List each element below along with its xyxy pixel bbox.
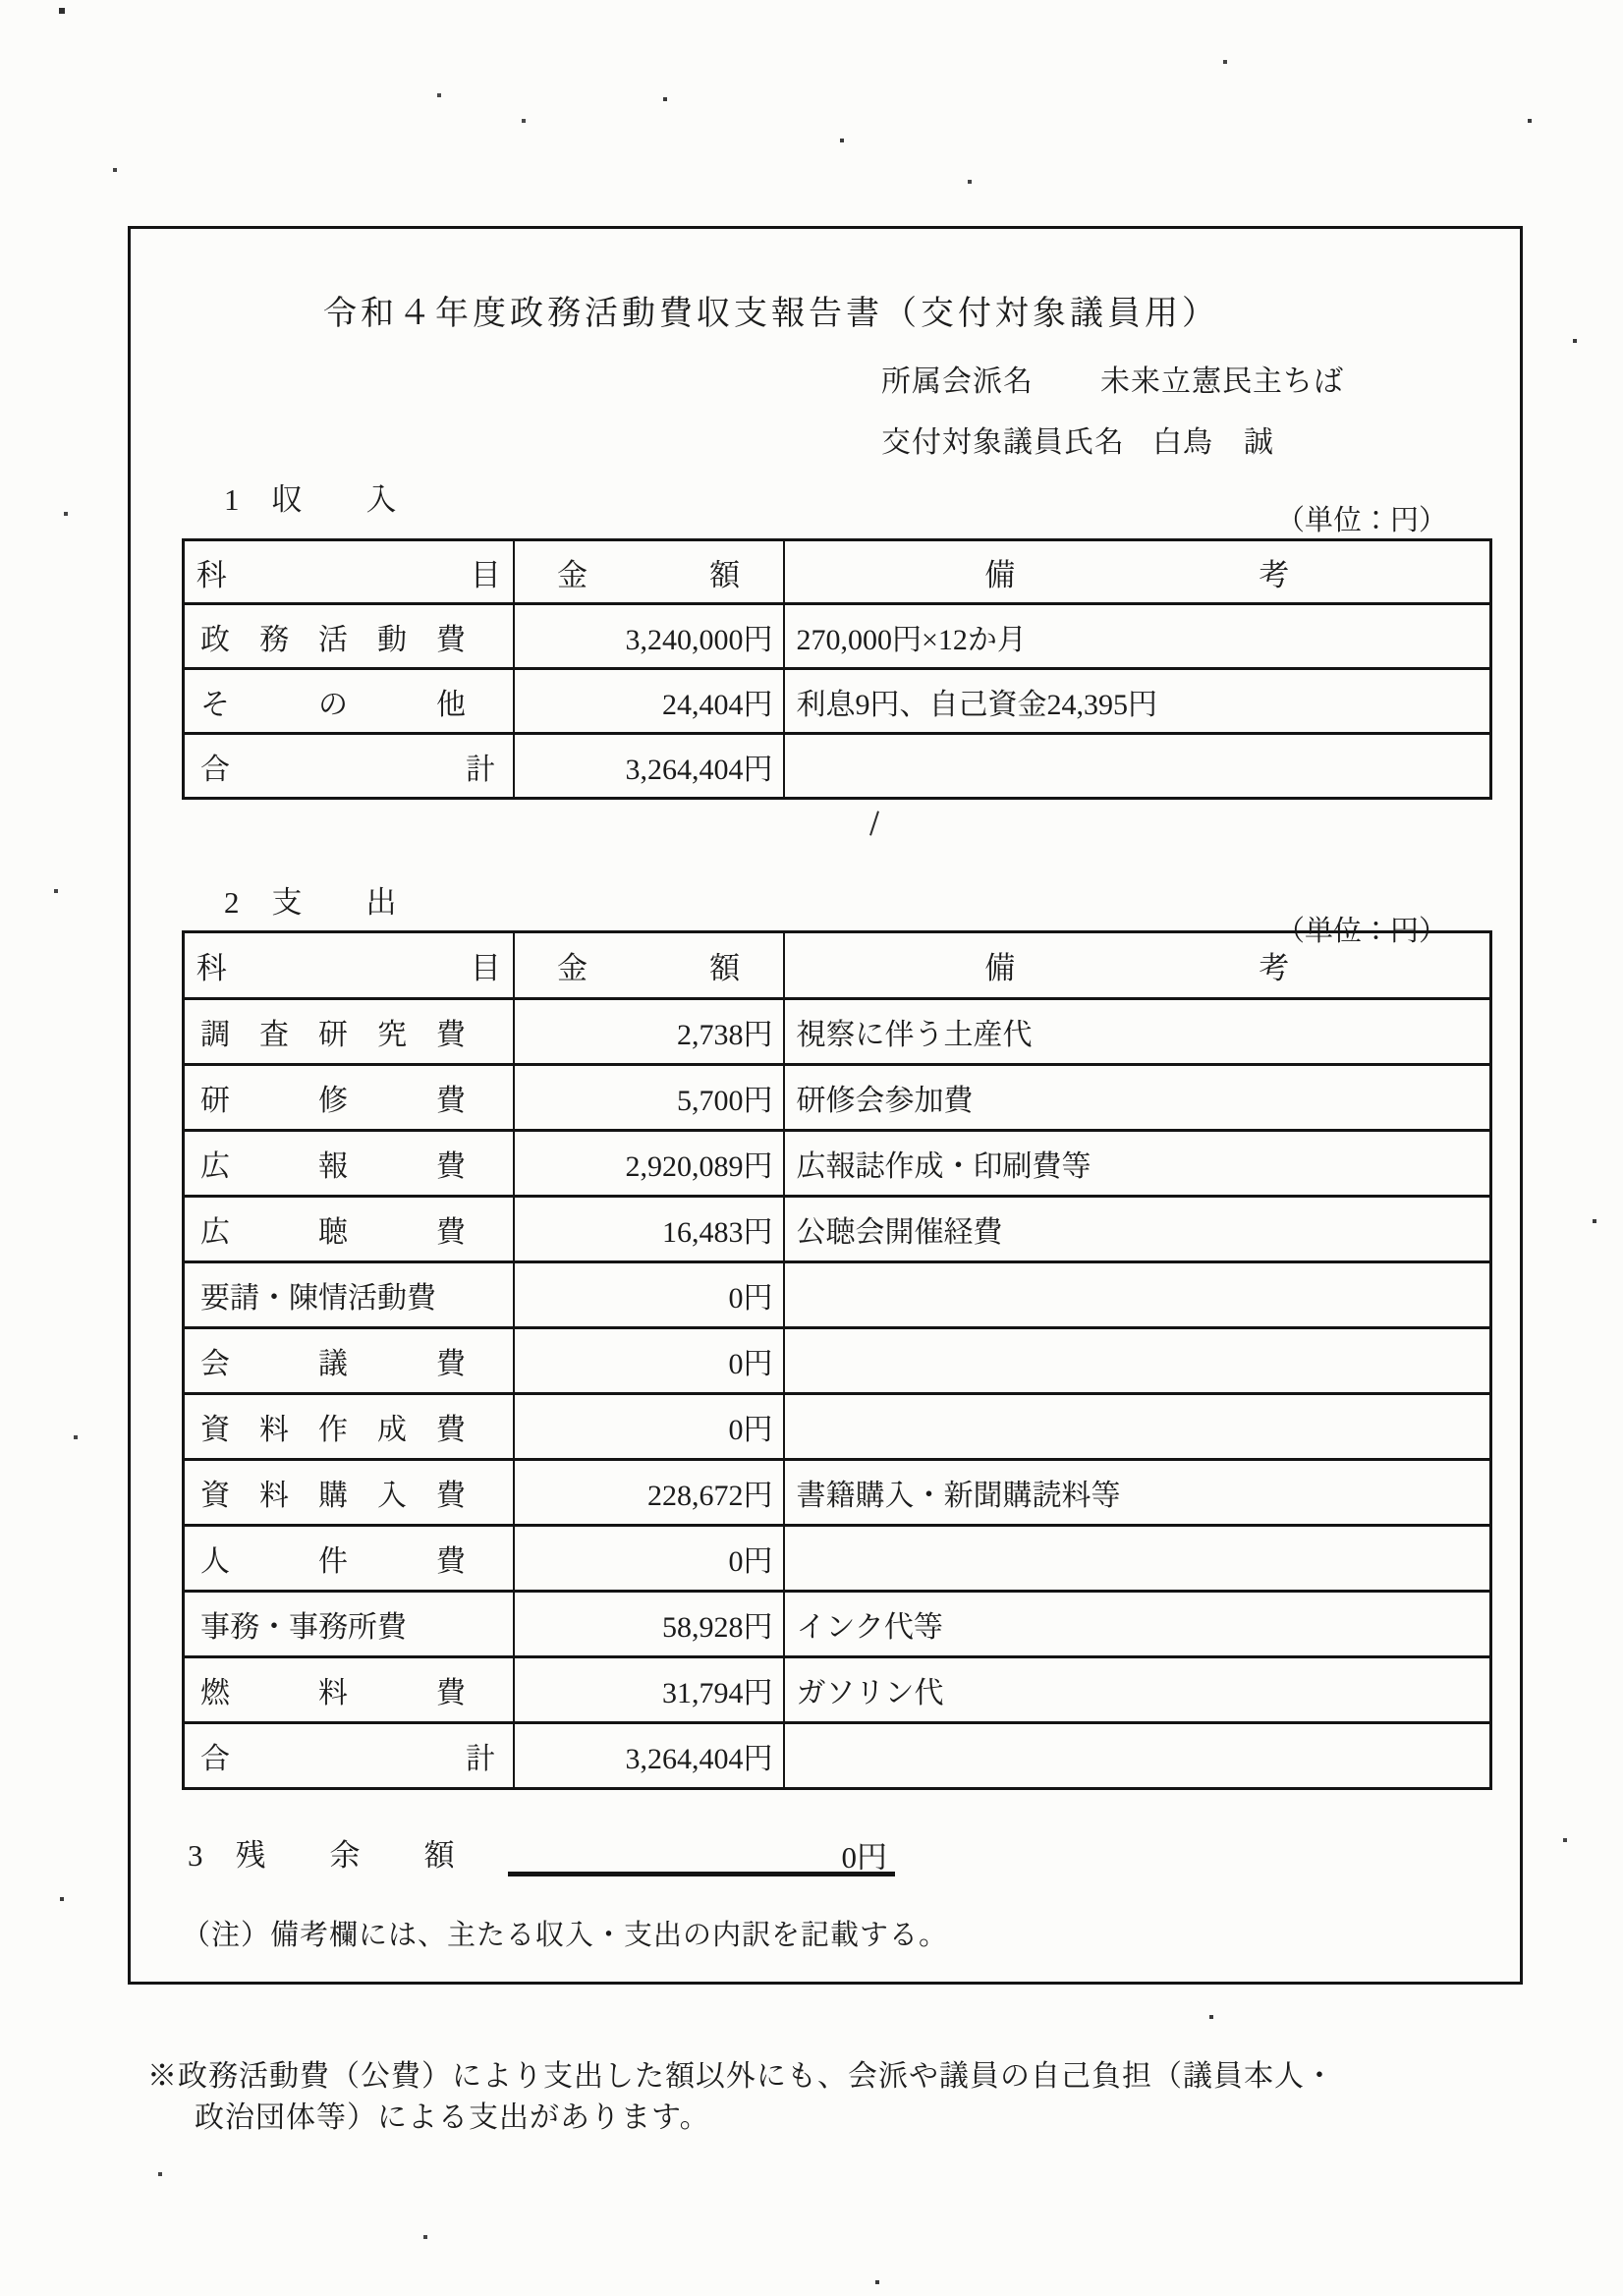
expenditure-note-cell (784, 1262, 1491, 1328)
expenditure-row: 燃 料 費31,794円ガソリン代 (184, 1657, 1491, 1723)
expenditure-item-cell: 調 査 研 究 費 (184, 999, 514, 1065)
income-section-heading: 1 収 入 (224, 475, 398, 519)
expenditure-amount-cell: 0円 (514, 1328, 784, 1394)
expenditure-amount-cell: 228,672円 (514, 1460, 784, 1526)
expenditure-row: 研 修 費5,700円研修会参加費 (184, 1065, 1491, 1131)
expenditure-note-cell (784, 1328, 1491, 1394)
expenditure-row: 要請・陳情活動費0円 (184, 1262, 1491, 1328)
expenditure-header-row: 科 目 金 額 備 考 (184, 932, 1491, 999)
expenditure-item-cell: 合 計 (184, 1723, 514, 1789)
remainder-underline (508, 1872, 895, 1876)
expenditure-item-cell: 資 料 作 成 費 (184, 1394, 514, 1460)
affiliation-value: 未来立憲民主ちば (1100, 365, 1344, 398)
income-row: 政 務 活 動 費3,240,000円270,000円×12か月 (184, 604, 1491, 669)
expenditure-item-cell: 資 料 購 入 費 (184, 1460, 514, 1526)
scan-noise-specks (0, 0, 2, 2)
expenditure-row: 合 計3,264,404円 (184, 1723, 1491, 1789)
member-name-value: 白鳥 誠 (1152, 426, 1274, 459)
expenditure-amount-cell: 3,264,404円 (514, 1723, 784, 1789)
expenditure-row: 事務・事務所費58,928円インク代等 (184, 1592, 1491, 1657)
income-item-cell: 政 務 活 動 費 (184, 604, 514, 669)
scanned-report-page: { "page": { "title": "令和４年度政務活動費収支報告書（交付… (0, 0, 1623, 2296)
footnote-line1: ※政務活動費（公費）により支出した額以外にも、会派や議員の自己負担（議員本人・ (147, 2051, 1335, 2095)
income-note-cell: 利息9円、自己資金24,395円 (784, 669, 1491, 734)
expenditure-item-cell: 広 報 費 (184, 1131, 514, 1197)
expenditure-note-cell: 広報誌作成・印刷費等 (784, 1131, 1491, 1197)
expenditure-amount-cell: 0円 (514, 1394, 784, 1460)
inner-note: （注）備考欄には、主たる収入・支出の内訳を記載する。 (182, 1913, 948, 1953)
expenditure-amount-cell: 2,920,089円 (514, 1131, 784, 1197)
income-header-row: 科 目 金 額 備 考 (184, 540, 1491, 604)
expenditure-note-cell (784, 1394, 1491, 1460)
expenditure-row: 広 報 費2,920,089円広報誌作成・印刷費等 (184, 1131, 1491, 1197)
income-amount-cell: 3,240,000円 (514, 604, 784, 669)
expenditure-row: 資 料 購 入 費228,672円書籍購入・新聞購読料等 (184, 1460, 1491, 1526)
expenditure-header-item: 科 目 (184, 932, 514, 999)
expenditure-amount-cell: 58,928円 (514, 1592, 784, 1657)
expenditure-note-cell: ガソリン代 (784, 1657, 1491, 1723)
expenditure-item-cell: 研 修 費 (184, 1065, 514, 1131)
expenditure-note-cell (784, 1526, 1491, 1592)
income-note-cell: 270,000円×12か月 (784, 604, 1491, 669)
income-header-note: 備 考 (784, 540, 1491, 604)
remainder-section-heading: 3 残 余 額 (188, 1830, 456, 1875)
report-frame: 令和４年度政務活動費収支報告書（交付対象議員用） 所属会派名未来立憲民主ちば 交… (128, 226, 1523, 1985)
income-table: 科 目 金 額 備 考 政 務 活 動 費3,240,000円270,000円×… (182, 538, 1492, 800)
expenditure-amount-cell: 16,483円 (514, 1197, 784, 1262)
expenditure-row: 広 聴 費16,483円公聴会開催経費 (184, 1197, 1491, 1262)
expenditure-amount-cell: 2,738円 (514, 999, 784, 1065)
expenditure-item-cell: 要請・陳情活動費 (184, 1262, 514, 1328)
expenditure-section-heading: 2 支 出 (224, 877, 398, 922)
expenditure-row: 調 査 研 究 費2,738円視察に伴う土産代 (184, 999, 1491, 1065)
expenditure-row: 会 議 費0円 (184, 1328, 1491, 1394)
income-row: 合 計3,264,404円 (184, 734, 1491, 799)
scan-stray-mark (869, 811, 879, 835)
expenditure-amount-cell: 0円 (514, 1526, 784, 1592)
expenditure-note-cell (784, 1723, 1491, 1789)
income-header-item: 科 目 (184, 540, 514, 604)
expenditure-row: 資 料 作 成 費0円 (184, 1394, 1491, 1460)
expenditure-item-cell: 会 議 費 (184, 1328, 514, 1394)
income-amount-cell: 24,404円 (514, 669, 784, 734)
expenditure-item-cell: 人 件 費 (184, 1526, 514, 1592)
income-unit-label: （単位：円） (1276, 498, 1447, 538)
affiliation-line: 所属会派名未来立憲民主ちば (881, 357, 1344, 400)
expenditure-header-amount: 金 額 (514, 932, 784, 999)
expenditure-amount-cell: 5,700円 (514, 1065, 784, 1131)
expenditure-note-cell: 書籍購入・新聞購読料等 (784, 1460, 1491, 1526)
expenditure-amount-cell: 0円 (514, 1262, 784, 1328)
expenditure-row: 人 件 費0円 (184, 1526, 1491, 1592)
income-header-amount: 金 額 (514, 540, 784, 604)
document-title: 令和４年度政務活動費収支報告書（交付対象議員用） (131, 286, 1520, 334)
expenditure-note-cell: 視察に伴う土産代 (784, 999, 1491, 1065)
expenditure-note-cell: インク代等 (784, 1592, 1491, 1657)
expenditure-note-cell: 研修会参加費 (784, 1065, 1491, 1131)
expenditure-item-cell: 燃 料 費 (184, 1657, 514, 1723)
expenditure-item-cell: 広 聴 費 (184, 1197, 514, 1262)
member-name-label: 交付対象議員氏名 (881, 426, 1125, 459)
member-line: 交付対象議員氏名白鳥 誠 (881, 418, 1274, 461)
affiliation-label: 所属会派名 (881, 365, 1034, 398)
remainder-amount: 0円 (504, 1832, 891, 1876)
income-item-cell: そ の 他 (184, 669, 514, 734)
expenditure-amount-cell: 31,794円 (514, 1657, 784, 1723)
income-item-cell: 合 計 (184, 734, 514, 799)
footnote-line2: 政治団体等）による支出があります。 (195, 2093, 710, 2136)
expenditure-note-cell: 公聴会開催経費 (784, 1197, 1491, 1262)
expenditure-table: 科 目 金 額 備 考 調 査 研 究 費2,738円視察に伴う土産代研 修 費… (182, 930, 1492, 1790)
income-row: そ の 他24,404円利息9円、自己資金24,395円 (184, 669, 1491, 734)
expenditure-header-note: 備 考 (784, 932, 1491, 999)
income-amount-cell: 3,264,404円 (514, 734, 784, 799)
income-note-cell (784, 734, 1491, 799)
expenditure-item-cell: 事務・事務所費 (184, 1592, 514, 1657)
